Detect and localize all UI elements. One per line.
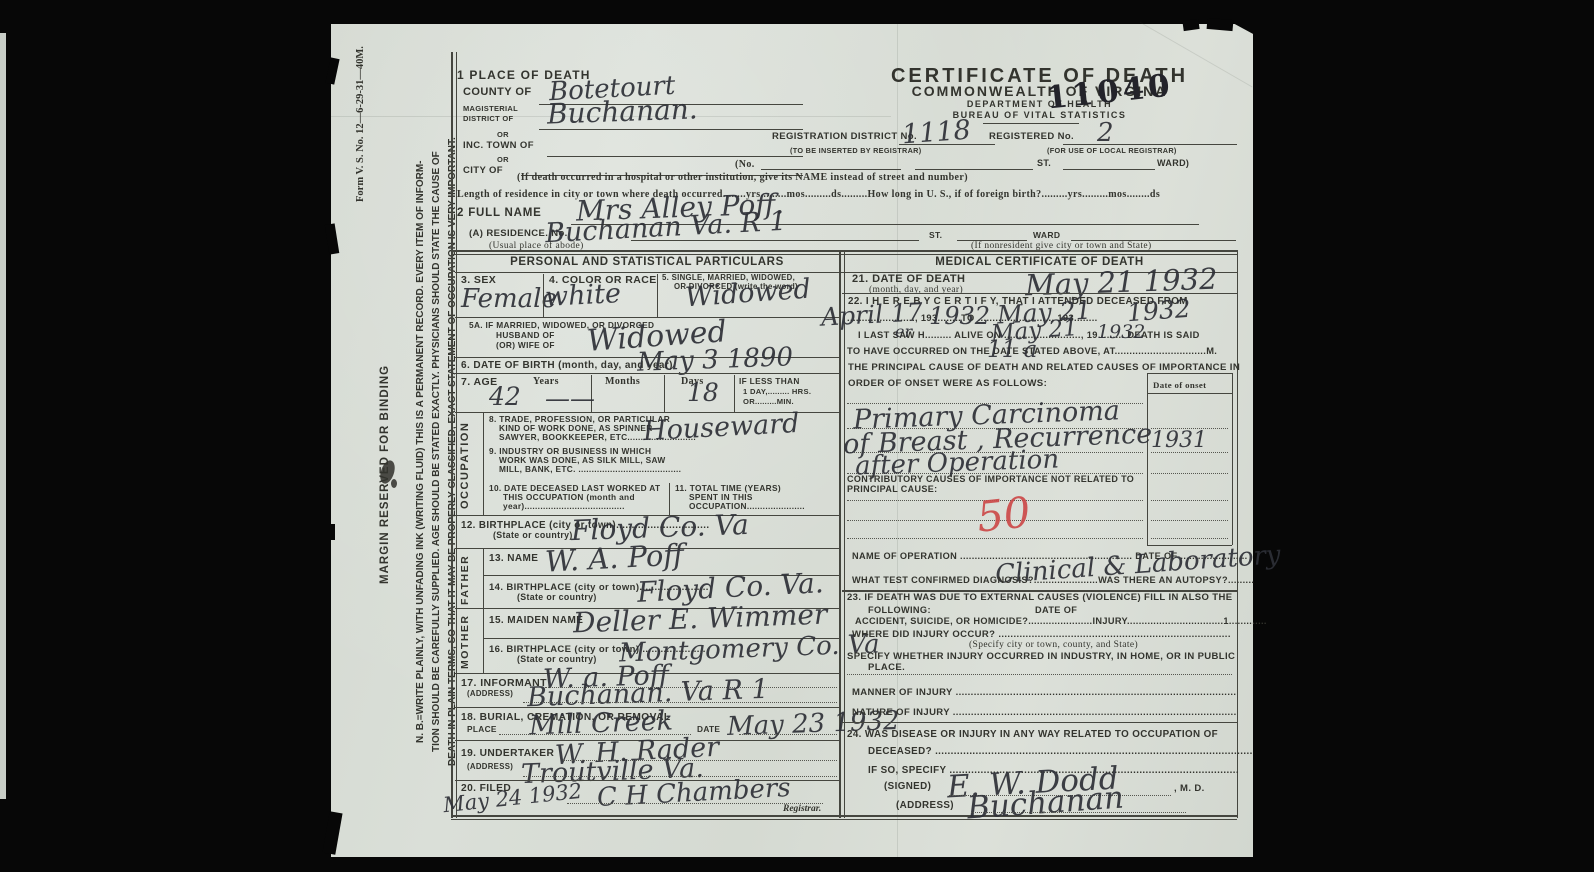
district-of-label: DISTRICT OF: [463, 115, 513, 123]
age-days-value-handwritten: 18: [687, 380, 719, 405]
length-of-residence-line: Length of residence in city or town wher…: [457, 189, 1160, 200]
red-code-number-handwritten: 50: [975, 491, 1033, 538]
physician-address-label: (ADDRESS): [896, 801, 954, 812]
or-label: OR: [497, 131, 509, 139]
if-less-than-line1: IF LESS THAN: [739, 377, 800, 386]
paper-tear: [328, 524, 335, 540]
commonwealth-subtitle: COMMONWEALTH OF VIRGINA: [842, 84, 1237, 99]
no-label: (No.: [735, 159, 755, 170]
maiden-name-label: 15. MAIDEN NAME: [489, 615, 583, 626]
paper-tear: [1182, 19, 1199, 31]
birthplace-label-line2: (State or country): [493, 531, 573, 541]
registered-no-label: REGISTERED No.: [989, 132, 1074, 142]
contributory-label-line2: PRINCIPAL CAUSE:: [847, 485, 937, 495]
registrar-insert-note: (TO BE INSERTED BY REGISTRAR): [790, 147, 921, 155]
rule: [1147, 373, 1148, 545]
form-number: Form V. S. No. 12—6-29-31—40M.: [355, 52, 366, 202]
rule: [657, 274, 658, 317]
rule: [1147, 373, 1232, 374]
father-birthplace-label-line2: (State or country): [517, 593, 597, 603]
rule: [1232, 373, 1233, 545]
rule: [455, 317, 839, 318]
street-label: ST.: [929, 231, 942, 240]
signed-label: (SIGNED): [884, 782, 931, 793]
rule: [1063, 144, 1237, 145]
rule: [547, 156, 803, 157]
st-label: ST.: [1037, 159, 1051, 169]
attended-from-year-handwritten: 1932: [929, 304, 990, 328]
rule: [631, 240, 919, 241]
specify-injury-label-line2: PLACE.: [868, 663, 905, 673]
time-of-death-handwritten: 11 a: [987, 339, 1037, 362]
occupation-vertical-label: OCCUPATION: [459, 418, 471, 512]
color-race-value-handwritten: white: [544, 280, 621, 311]
burial-place-label: PLACE: [467, 725, 497, 734]
paper-corner-cut: [1231, 22, 1255, 35]
age-years-value-handwritten: 42: [489, 384, 521, 409]
nonresident-note: (If nonresident give city or town and St…: [971, 241, 1152, 251]
industry-label-line3: MILL, BANK, ETC. .......................…: [499, 465, 681, 474]
if-less-than-line3: OR.........MIN.: [743, 398, 794, 406]
city-label: CITY OF: [463, 166, 503, 176]
paper-tear: [322, 811, 342, 855]
rule: [899, 144, 995, 145]
dotted-rule: [847, 674, 1232, 675]
local-registrar-note: (FOR USE OF LOCAL REGISTRAR): [1047, 147, 1177, 155]
where-injury-line: WHERE DID INJURY OCCUR? ................…: [852, 630, 1231, 640]
dotted-rule: [1151, 538, 1228, 539]
onset-year-handwritten: 1931: [1151, 430, 1207, 452]
rule: [543, 274, 544, 317]
date-of-death-label: 21. DATE OF DEATH: [852, 273, 965, 285]
mother-vertical-label: MOTHER: [459, 613, 471, 671]
or-label: OR: [497, 156, 509, 164]
trade-value-handwritten: Houseward: [642, 410, 800, 445]
binding-note: MARGIN RESERVED FOR BINDING: [379, 362, 391, 587]
rule: [983, 123, 1079, 124]
department-line: DEPARTMENT OF HEALTH: [842, 100, 1237, 110]
undertaker-address-label: (ADDRESS): [467, 763, 513, 772]
husband-label-line3: (OR) WIFE OF: [496, 341, 555, 350]
full-name-label: 2 FULL NAME: [457, 207, 542, 220]
magisterial-label: MAGISTERIAL: [463, 105, 518, 113]
external-causes-label-line1: 23. IF DEATH WAS DUE TO EXTERNAL CAUSES …: [847, 593, 1232, 603]
paper-tear: [325, 57, 339, 84]
abode-note: (Usual place of abode): [489, 241, 584, 251]
husband-label-line2: HUSBAND OF: [496, 331, 555, 340]
occupation-related-label-line2: DECEASED? ..............................…: [868, 747, 1253, 758]
rule: [456, 52, 457, 818]
rule: [455, 373, 839, 374]
father-vertical-label: FATHER: [459, 552, 471, 607]
occupation-related-label-line1: 24. WAS DISEASE OR INJURY IN ANY WAY REL…: [847, 730, 1218, 741]
rule: [1237, 250, 1238, 818]
rule: [734, 375, 735, 412]
scan-background: Form V. S. No. 12—6-29-31—40M. MARGIN RE…: [0, 0, 1594, 872]
rule: [483, 548, 484, 673]
ink-blot: [391, 479, 397, 488]
where-injury-note: (Specify city or town, county, and State…: [969, 640, 1138, 650]
hospital-note: (If death occurred in a hospital or othe…: [517, 172, 968, 183]
external-causes-date-of-label: DATE OF: [1035, 605, 1077, 615]
personal-section-header: PERSONAL AND STATISTICAL PARTICULARS: [455, 256, 839, 269]
father-name-value-handwritten: W. A. Poff: [544, 540, 684, 576]
death-certificate: Form V. S. No. 12—6-29-31—40M. MARGIN RE…: [331, 24, 1253, 857]
specify-injury-label-line1: SPECIFY WHETHER INJURY OCCURRED IN INDUS…: [847, 652, 1235, 662]
principal-cause-label-line2: ORDER OF ONSET WERE AS FOLLOWS:: [848, 379, 1047, 390]
nb-note-line2: TION SHOULD BE CAREFULLY SUPPLIED. AGE S…: [431, 72, 442, 832]
dotted-rule: [1151, 500, 1228, 501]
external-causes-label-line2: FOLLOWING:: [868, 605, 931, 615]
informant-address-label: (ADDRESS): [467, 690, 513, 699]
ward-paren-label: WARD): [1157, 159, 1189, 169]
county-label: COUNTY OF: [463, 86, 532, 98]
marital-value-handwritten: Widowed: [684, 276, 811, 312]
age-months-header: Months: [605, 376, 640, 387]
rule: [664, 375, 665, 412]
dotted-rule: [1151, 473, 1228, 474]
md-suffix-label: , M. D.: [1174, 784, 1205, 794]
dob-value-handwritten: May 3 1890: [637, 344, 794, 375]
test-confirmed-line: WHAT TEST CONFIRMED DIAGNOSIS?..........…: [852, 575, 1254, 585]
nb-note-line1: N. B.=WRITE PLAINLY, WITH UNFADING INK (…: [415, 72, 426, 832]
district-value-handwritten: Buchanan.: [547, 95, 699, 128]
registered-no-value-handwritten: 2: [1097, 120, 1114, 146]
rule: [1147, 393, 1232, 394]
rule: [483, 412, 484, 515]
last-worked-label-line3: year)...................................…: [503, 502, 625, 511]
inc-town-label: INC. TOWN OF: [463, 141, 534, 151]
date-of-onset-label: Date of onset: [1153, 381, 1206, 391]
ward-label: WARD: [1033, 231, 1060, 240]
rule: [761, 169, 901, 170]
registrar-label: Registrar.: [783, 804, 821, 814]
father-name-label: 13. NAME: [489, 553, 538, 564]
dotted-rule: [739, 734, 837, 735]
age-months-value-handwritten: ——: [545, 386, 595, 411]
rule: [539, 129, 803, 130]
paper-tear: [1207, 18, 1234, 31]
rule: [451, 52, 453, 818]
dotted-rule: [523, 702, 837, 703]
rule: [451, 819, 1237, 820]
paper-tear: [325, 223, 340, 254]
if-less-than-line2: 1 DAY,......... HRS.: [743, 388, 811, 396]
accident-suicide-line: ACCIDENT, SUICIDE, OR HOMICIDE?.........…: [855, 616, 1267, 626]
last-saw-year-handwritten: 1932: [1097, 323, 1145, 342]
rule: [842, 722, 1237, 723]
registration-district-label: REGISTRATION DISTRICT No.: [772, 132, 917, 142]
principal-cause-label-line1: THE PRINCIPAL CAUSE OF DEATH AND RELATED…: [848, 363, 1240, 374]
rule: [915, 169, 1033, 170]
manner-of-injury-line: MANNER OF INJURY .......................…: [852, 688, 1236, 698]
dotted-rule: [971, 812, 1186, 813]
adjacent-page-edge: [0, 33, 6, 799]
rule: [1063, 169, 1155, 170]
dotted-rule: [1151, 520, 1228, 521]
nature-of-injury-line: NATURE OF INJURY .......................…: [852, 708, 1237, 718]
her-handwritten: er: [895, 324, 912, 340]
